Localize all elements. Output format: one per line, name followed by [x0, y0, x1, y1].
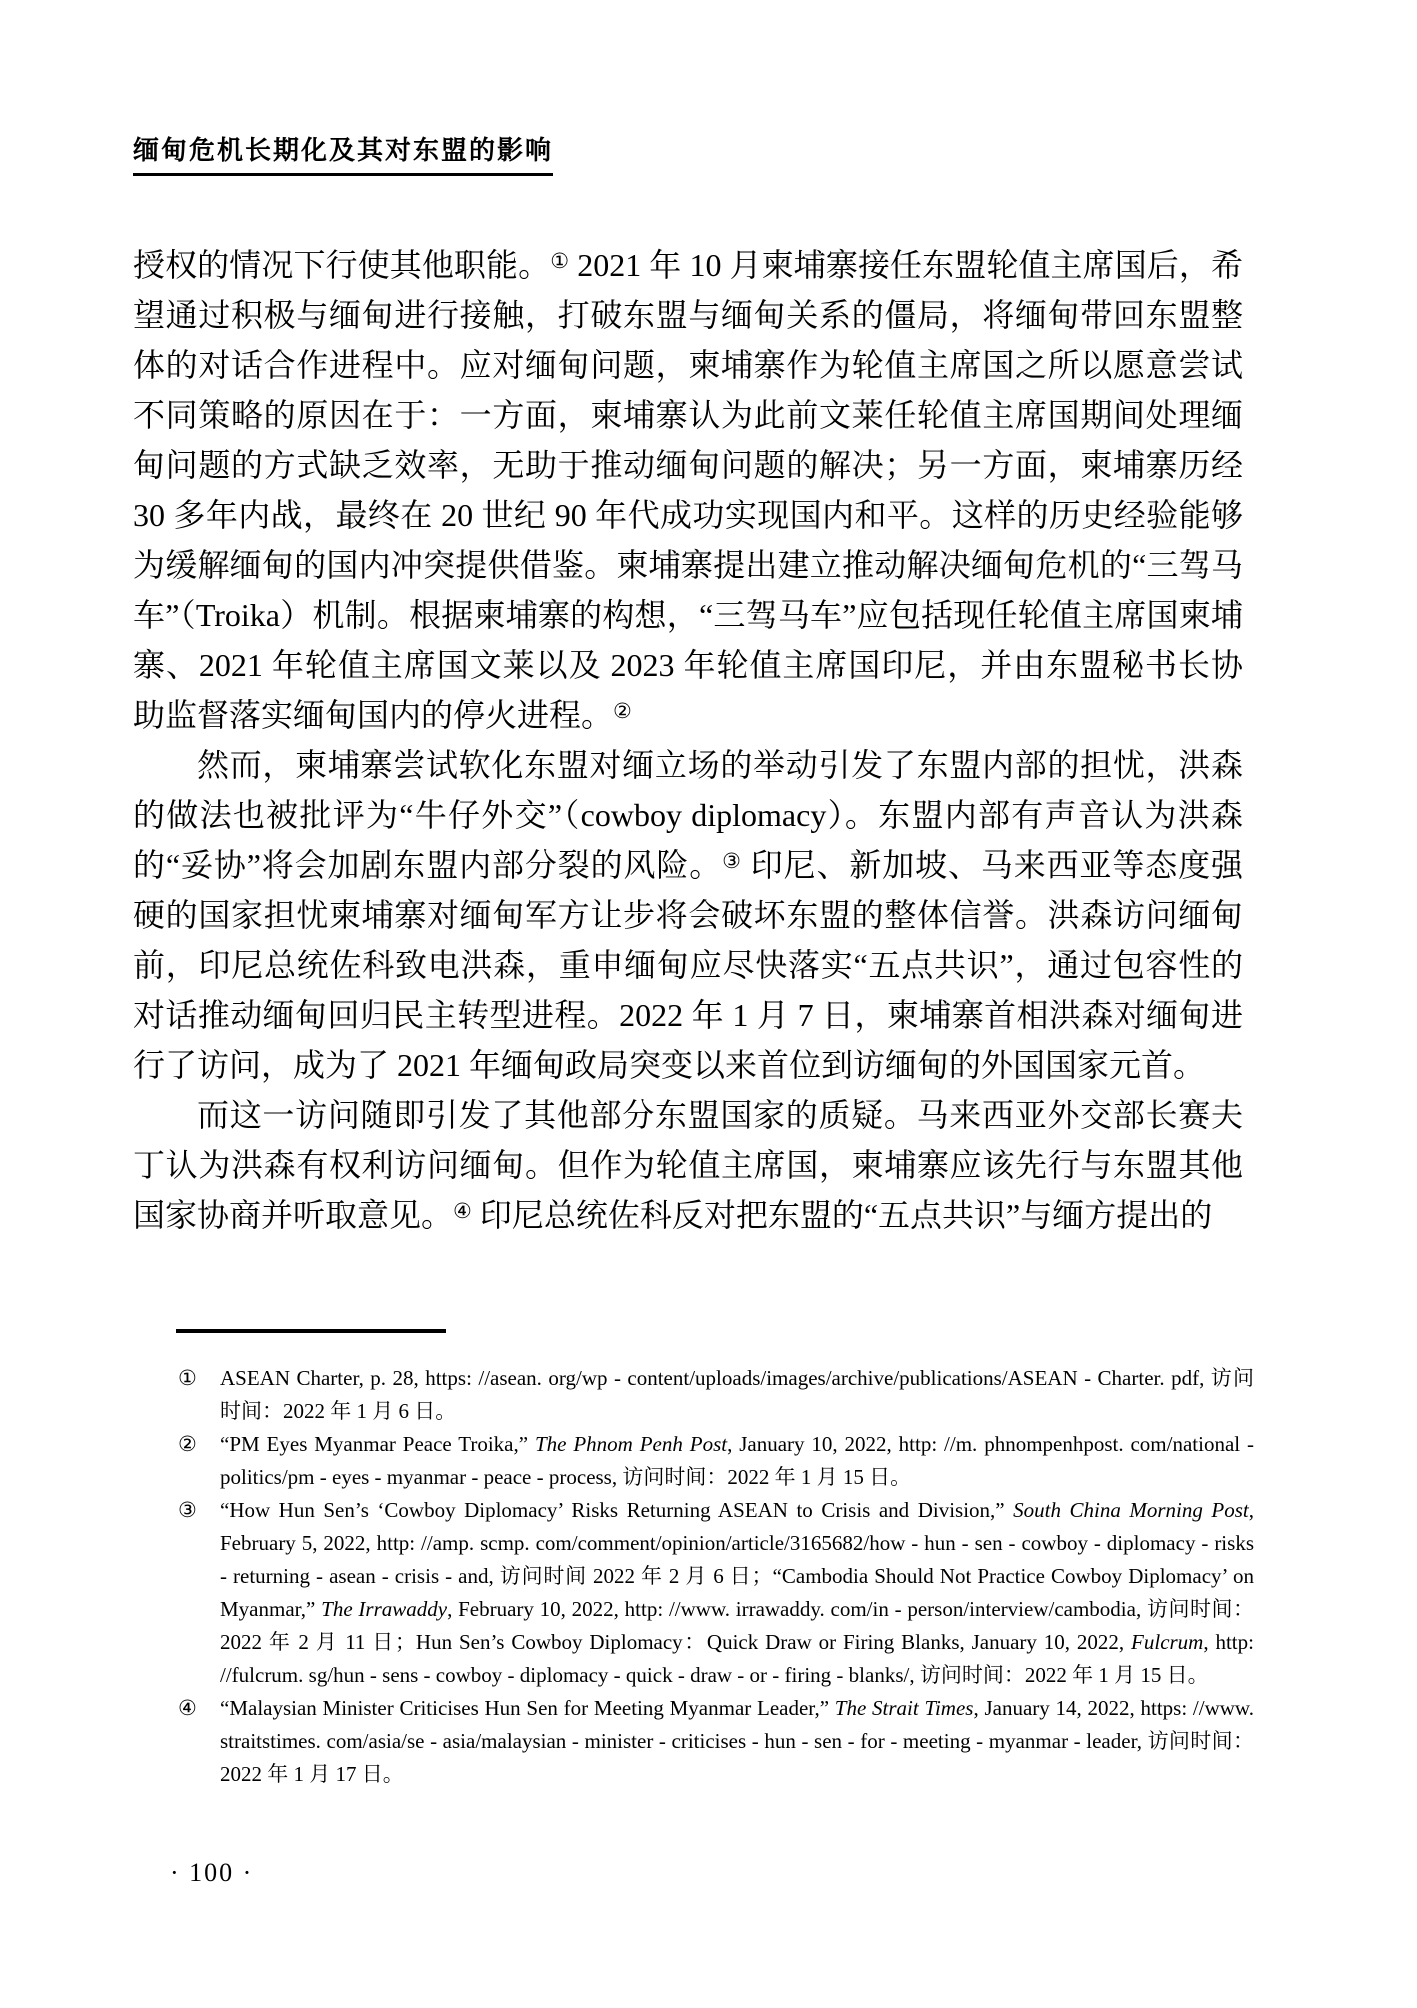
- footnote-item: ②“PM Eyes Myanmar Peace Troika,” The Phn…: [178, 1428, 1254, 1494]
- footnote-marker: ①: [178, 1362, 197, 1395]
- footnote-text: “Malaysian Minister Criticises Hun Sen f…: [220, 1696, 1254, 1786]
- footnote-item: ③“How Hun Sen’s ‘Cowboy Diplomacy’ Risks…: [178, 1494, 1254, 1692]
- text-segment: “PM Eyes Myanmar Peace Troika,”: [220, 1432, 535, 1456]
- page-number: · 100 ·: [170, 1858, 253, 1888]
- footnote-ref: ②: [613, 699, 632, 723]
- journal-title: The Phnom Penh Post: [535, 1432, 727, 1456]
- text-segment: 2021 年 10 月柬埔寨接任东盟轮值主席国后，希望通过积极与缅甸进行接触，打…: [133, 247, 1243, 733]
- footnote-marker: ④: [178, 1692, 197, 1725]
- body-text: 授权的情况下行使其他职能。① 2021 年 10 月柬埔寨接任东盟轮值主席国后，…: [133, 240, 1243, 1240]
- text-segment: ASEAN Charter, p. 28, https: //asean. or…: [220, 1366, 1254, 1423]
- footnote-item: ①ASEAN Charter, p. 28, https: //asean. o…: [178, 1362, 1254, 1428]
- paragraph: 授权的情况下行使其他职能。① 2021 年 10 月柬埔寨接任东盟轮值主席国后，…: [133, 240, 1243, 740]
- text-segment: 授权的情况下行使其他职能。: [133, 247, 550, 283]
- footnote-separator: [176, 1329, 446, 1333]
- journal-title: Fulcrum: [1131, 1630, 1203, 1654]
- footnote-text: ASEAN Charter, p. 28, https: //asean. or…: [220, 1366, 1254, 1423]
- paragraph: 而这一访问随即引发了其他部分东盟国家的质疑。马来西亚外交部长赛夫丁认为洪森有权利…: [133, 1090, 1243, 1240]
- journal-title: The Strait Times: [835, 1696, 974, 1720]
- footnote-item: ④“Malaysian Minister Criticises Hun Sen …: [178, 1692, 1254, 1791]
- footnote-marker: ②: [178, 1428, 197, 1461]
- document-page: 缅甸危机长期化及其对东盟的影响 授权的情况下行使其他职能。① 2021 年 10…: [0, 0, 1417, 2008]
- footnote-ref: ①: [550, 249, 569, 273]
- footnote-text: “PM Eyes Myanmar Peace Troika,” The Phno…: [220, 1432, 1254, 1489]
- footnote-ref: ④: [453, 1199, 472, 1223]
- running-head: 缅甸危机长期化及其对东盟的影响: [133, 130, 553, 176]
- paragraph: 然而，柬埔寨尝试软化东盟对缅立场的举动引发了东盟内部的担忧，洪森的做法也被批评为…: [133, 740, 1243, 1090]
- footnotes: ①ASEAN Charter, p. 28, https: //asean. o…: [178, 1362, 1254, 1791]
- text-segment: “Malaysian Minister Criticises Hun Sen f…: [220, 1696, 835, 1720]
- footnote-text: “How Hun Sen’s ‘Cowboy Diplomacy’ Risks …: [220, 1498, 1254, 1687]
- journal-title: South China Morning Post: [1013, 1498, 1249, 1522]
- footnote-marker: ③: [178, 1494, 197, 1527]
- text-segment: 印尼总统佐科反对把东盟的“五点共识”与缅方提出的: [472, 1197, 1212, 1233]
- footnote-ref: ③: [722, 849, 742, 873]
- journal-title: The Irrawaddy: [321, 1597, 447, 1621]
- text-segment: “How Hun Sen’s ‘Cowboy Diplomacy’ Risks …: [220, 1498, 1013, 1522]
